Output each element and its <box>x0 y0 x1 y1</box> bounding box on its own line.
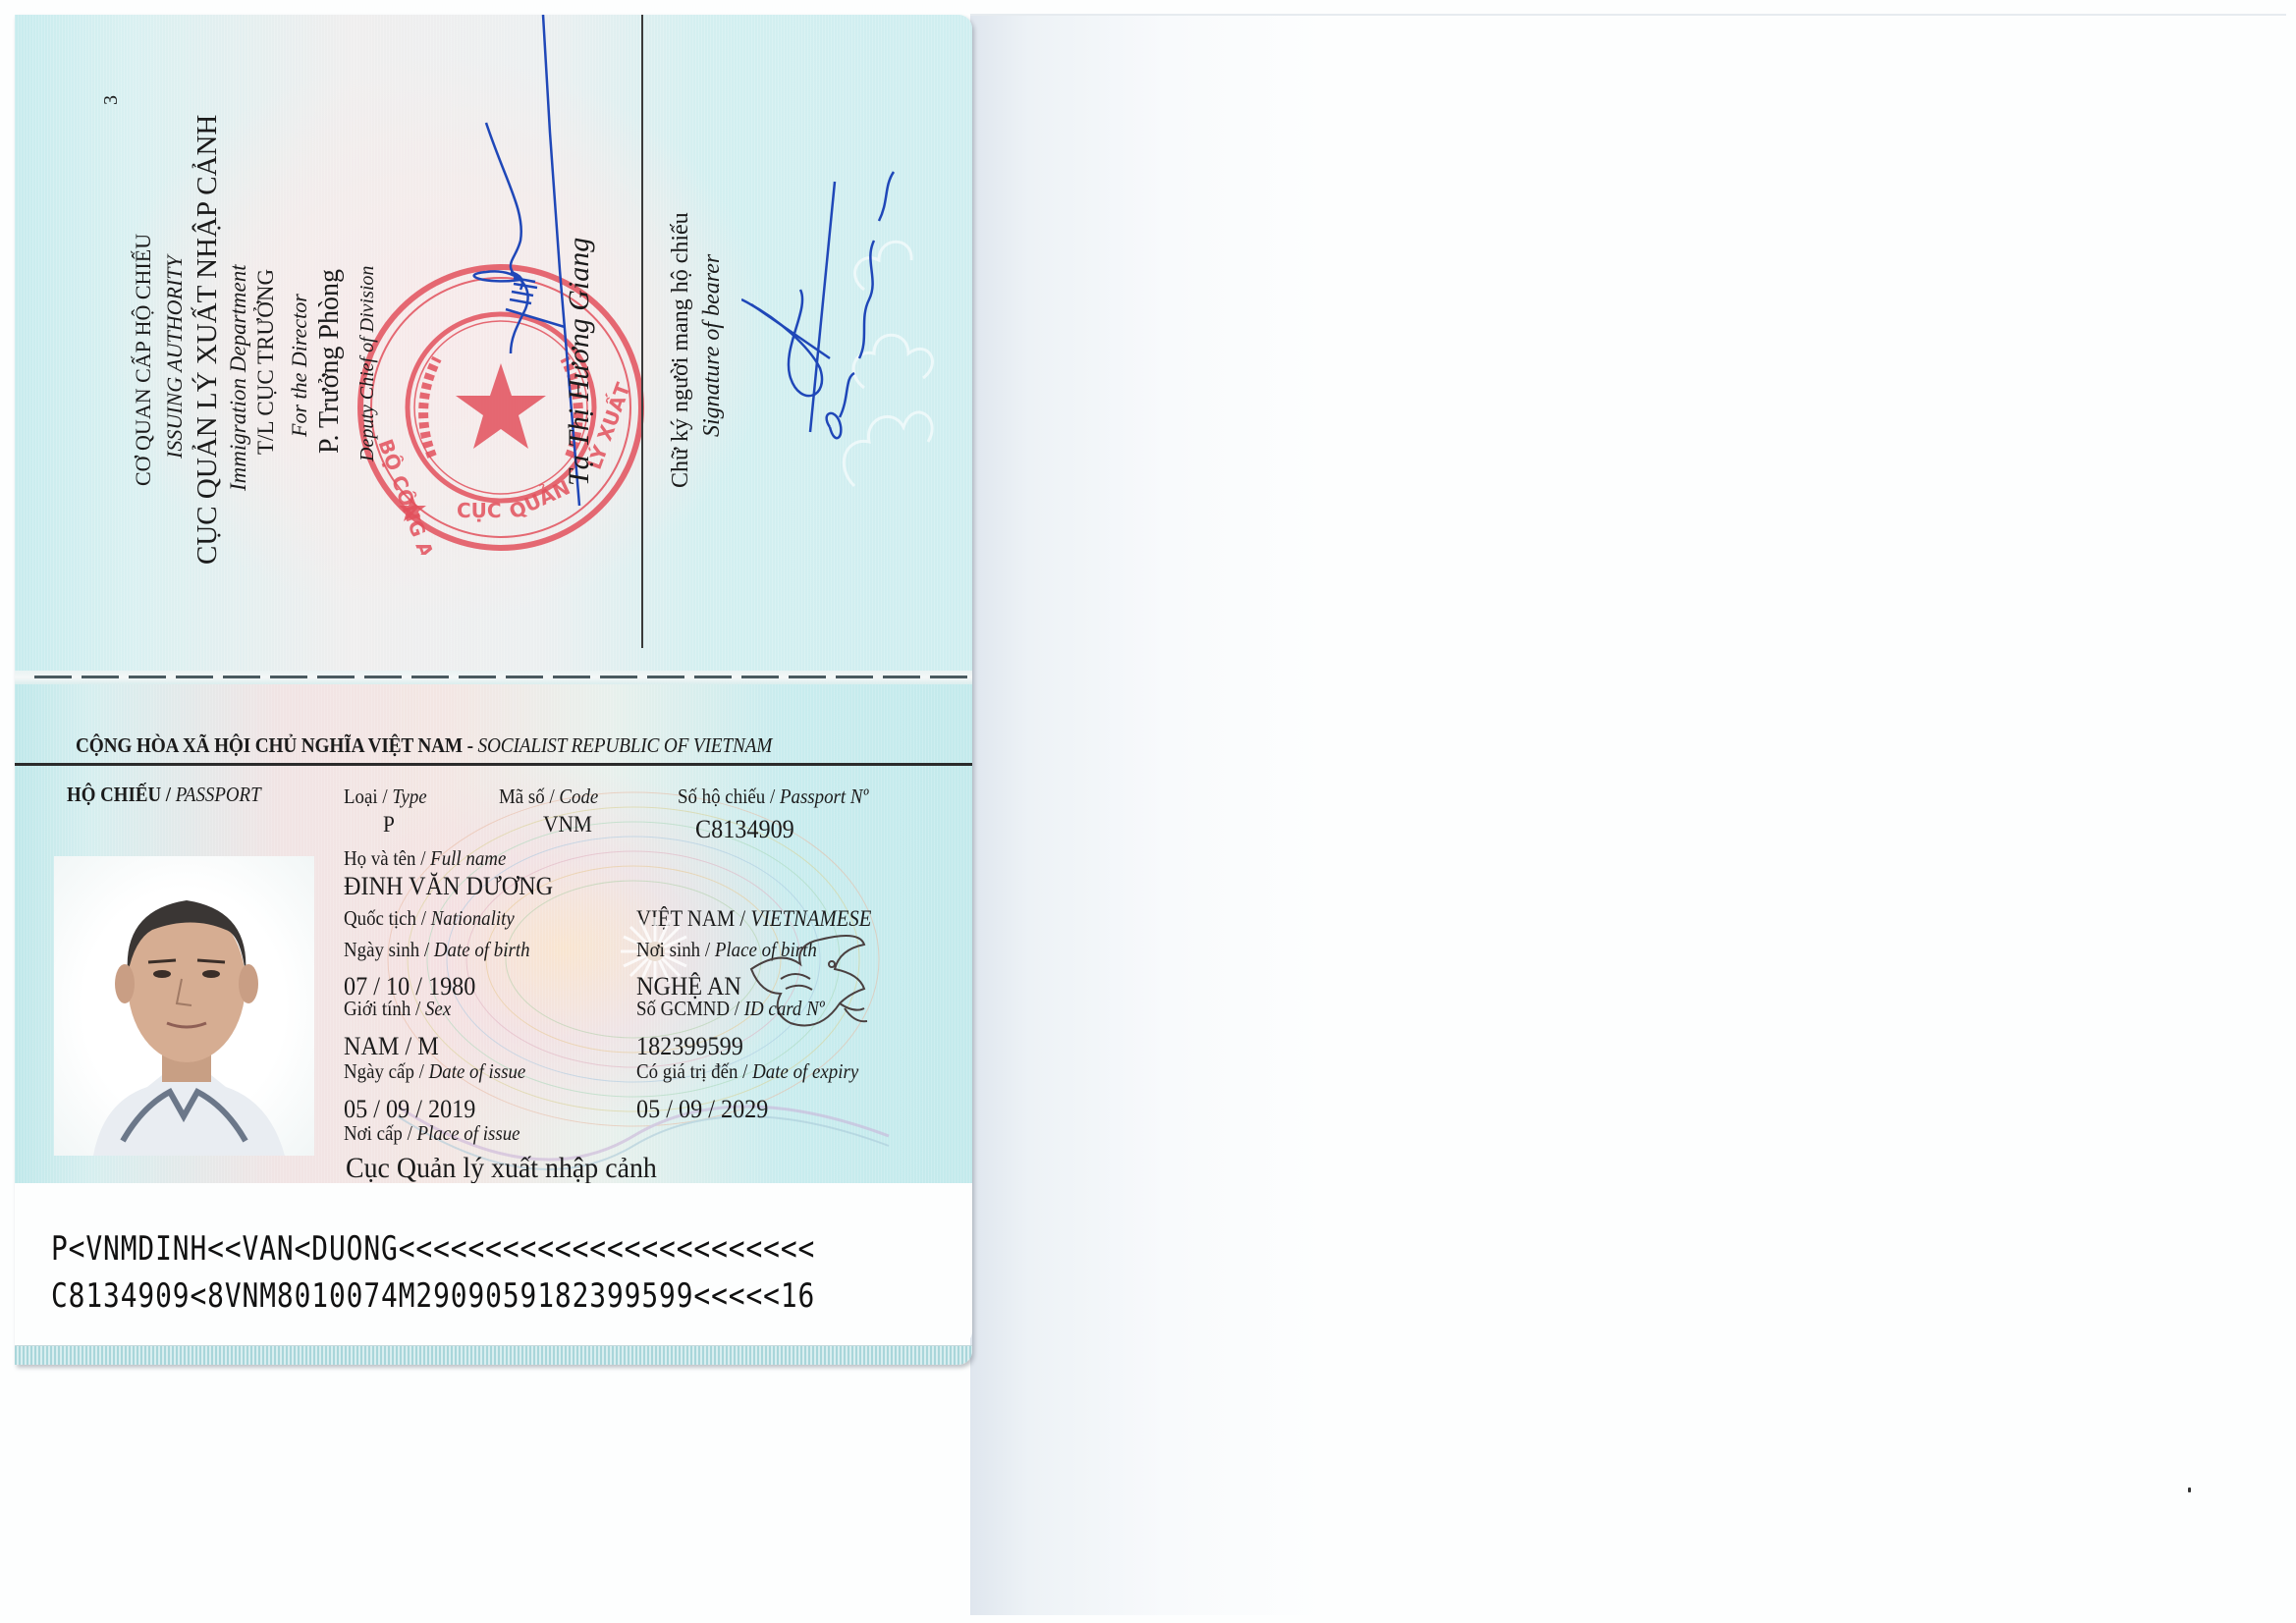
nationality-label: Quốc tịch / Nationality <box>344 906 515 931</box>
bearer-signature-icon <box>741 162 928 457</box>
country-header-vn: CỘNG HÒA XÃ HỘI CHỦ NGHĨA VIỆT NAM - <box>76 733 478 757</box>
machine-readable-zone: P<VNMDINH<<VAN<DUONG<<<<<<<<<<<<<<<<<<<<… <box>15 1183 972 1345</box>
bearer-photo <box>54 856 314 1156</box>
scan-speck <box>2188 1488 2191 1492</box>
department-en: Immigration Department <box>226 264 251 491</box>
place-of-issue-value: Cục Quản lý xuất nhập cảnh <box>346 1152 657 1185</box>
mrz-line-1: P<VNMDINH<<VAN<DUONG<<<<<<<<<<<<<<<<<<<<… <box>51 1229 815 1269</box>
data-page: CỘNG HÒA XÃ HỘI CHỦ NGHĨA VIỆT NAM - SOC… <box>15 684 972 1198</box>
date-of-issue-label: Ngày cấp / Date of issue <box>344 1059 525 1084</box>
date-of-expiry-value: 05 / 09 / 2029 <box>636 1095 768 1124</box>
page-number: 3 <box>100 95 123 105</box>
for-director-vn: T/L CỤC TRƯỞNG <box>253 269 279 455</box>
passport-no-label: Số hộ chiếu / Passport Nº <box>678 784 868 809</box>
place-of-issue-label: Nơi cấp / Place of issue <box>344 1121 520 1146</box>
passport-no-value: C8134909 <box>695 815 794 844</box>
passport: CỤC QUẢN LÝ XUẤT BỘ CÔNG AN <box>15 15 972 1365</box>
full-name-value: ĐINH VĂN DƯƠNG <box>344 872 553 901</box>
officer-title-en: Deputy Chief of Division <box>356 266 379 461</box>
authority-label-vn: CƠ QUAN CẤP HỘ CHIẾU <box>131 234 156 486</box>
id-card-label: Số GCMND / ID card Nº <box>636 997 825 1021</box>
bearer-signature-label-en: Signature of bearer <box>699 254 726 437</box>
perforation-line <box>34 676 967 678</box>
for-director-en: For the Director <box>287 294 312 437</box>
code-value: VNM <box>543 812 592 838</box>
officer-name: Tạ Thị Hương Giang <box>563 238 596 486</box>
full-name-label: Họ và tên / Full name <box>344 846 506 871</box>
scanner-edge <box>970 14 2286 16</box>
page-divider <box>641 15 643 648</box>
department-vn: CỤC QUẢN LÝ XUẤT NHẬP CẢNH <box>191 115 224 565</box>
sex-value: NAM / M <box>344 1032 439 1061</box>
portrait-icon <box>54 856 314 1156</box>
sex-label: Giới tính / Sex <box>344 997 451 1021</box>
officer-title-vn: P. Trưởng Phòng <box>314 269 346 454</box>
dob-label: Ngày sinh / Date of birth <box>344 938 530 962</box>
scanner-background <box>970 15 2286 1615</box>
dove-stamp-icon <box>741 925 879 1043</box>
date-of-issue-value: 05 / 09 / 2019 <box>344 1095 475 1124</box>
page-edge-strip <box>15 1345 972 1365</box>
code-label: Mã số / Code <box>499 784 598 809</box>
bearer-signature-label-vn: Chữ ký người mang hộ chiếu <box>668 212 694 488</box>
id-card-value: 182399599 <box>636 1032 743 1061</box>
country-header-en: SOCIALIST REPUBLIC OF VIETNAM <box>478 733 773 757</box>
type-label: Loại / Type <box>344 784 427 809</box>
header-rule <box>15 763 972 766</box>
upper-page: CỤC QUẢN LÝ XUẤT BỘ CÔNG AN <box>15 15 972 677</box>
document-type-label: HỘ CHIẾU / PASSPORT <box>67 783 261 807</box>
country-header: CỘNG HÒA XÃ HỘI CHỦ NGHĨA VIỆT NAM - SOC… <box>76 733 772 758</box>
authority-label-en: ISSUING AUTHORITY <box>162 255 188 459</box>
date-of-expiry-label: Có giá trị đến / Date of expiry <box>636 1059 858 1084</box>
mrz-line-2: C8134909<8VNM8010074M2909059182399599<<<… <box>51 1276 815 1316</box>
type-value: P <box>383 812 395 838</box>
